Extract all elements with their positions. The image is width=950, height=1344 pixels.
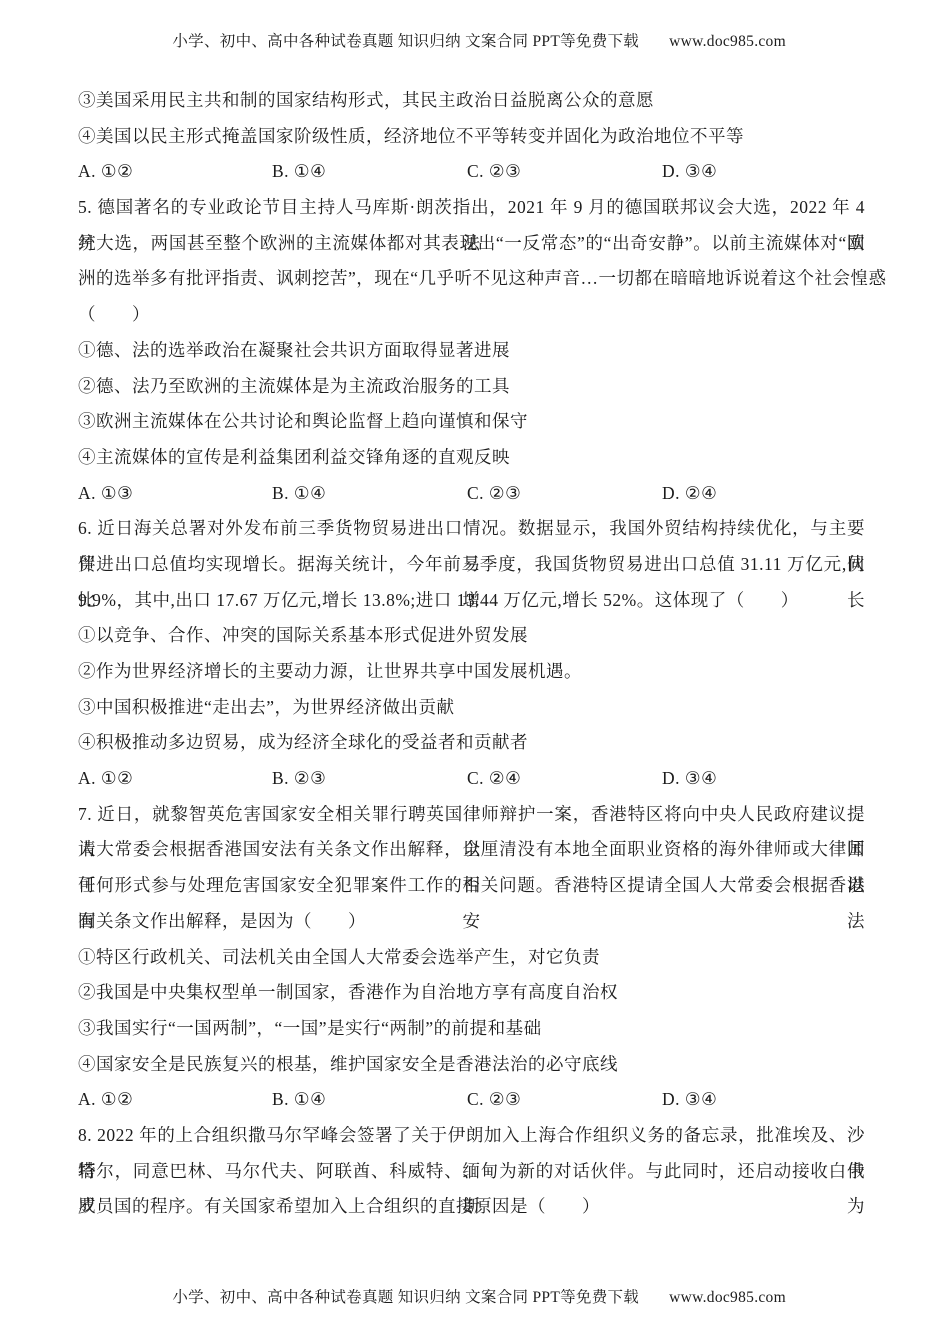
question-5-stem-line-2: 统大选，两国甚至整个欧洲的主流媒体都对其表现出“一反常态”的“出奇安静”。以前主…: [78, 226, 865, 262]
option-a: A. ①②: [78, 761, 272, 797]
question-7-stem-line-1: 7. 近日，就黎智英危害国家安全相关罪行聘英国律师辩护一案，香港特区将向中央人民…: [78, 797, 865, 833]
option-a: A. ①②: [78, 154, 272, 190]
statement-4-q7: ④国家安全是民族复兴的根基，维护国家安全是香港法治的必守底线: [78, 1047, 865, 1083]
option-d: D. ③④: [662, 154, 865, 190]
option-b: B. ①④: [272, 476, 467, 512]
footer-promo-text: 小学、初中、高中各种试卷真题 知识归纳 文案合同 PPT等免费下载: [172, 1289, 639, 1306]
question-8-stem-line-1: 8. 2022 年的上合组织撒马尔罕峰会签署了关于伊朗加入上海合作组织义务的备忘…: [78, 1118, 865, 1154]
option-c: C. ②③: [467, 154, 662, 190]
option-c: C. ②④: [467, 761, 662, 797]
page-footer: 小学、初中、高中各种试卷真题 知识归纳 文案合同 PPT等免费下载www.doc…: [0, 1267, 950, 1307]
statement-4-q4: ④美国以民主形式掩盖国家阶级性质，经济地位不平等转变并固化为政治地位不平等: [78, 119, 865, 155]
question-5-stem-line-3: 洲的选举多有批评指责、讽刺挖苦”，现在“几乎听不见这种声音…一切都在暗暗地诉说着…: [78, 261, 865, 297]
statement-2-q5: ②德、法乃至欧洲的主流媒体是为主流政治服务的工具: [78, 369, 865, 405]
statement-3-q6: ③中国积极推进“走出去”，为世界经济做出贡献: [78, 690, 865, 726]
question-6-stem-line-3: 9.9%，其中,出口 17.67 万亿元,增长 13.8%;进口 13.44 万…: [78, 583, 865, 619]
option-b: B. ①④: [272, 1082, 467, 1118]
option-d: D. ③④: [662, 761, 865, 797]
statement-1-q6: ①以竞争、合作、冲突的国际关系基本形式促进外贸发展: [78, 618, 865, 654]
statement-3-q5: ③欧洲主流媒体在公共讨论和舆论监督上趋向谨慎和保守: [78, 404, 865, 440]
statement-4-q6: ④积极推动多边贸易，成为经济全球化的受益者和贡献者: [78, 725, 865, 761]
option-a: A. ①②: [78, 1082, 272, 1118]
statement-4-q5: ④主流媒体的宣传是利益集团利益交锋角逐的直观反映: [78, 440, 865, 476]
answer-options-row-q4: A. ①② B. ①④ C. ②③ D. ③④: [78, 154, 865, 190]
answer-options-row-q6: A. ①② B. ②③ C. ②④ D. ③④: [78, 761, 865, 797]
statement-2-q7: ②我国是中央集权型单一制国家，香港作为自治地方享有高度自治权: [78, 975, 865, 1011]
option-d: D. ③④: [662, 1082, 865, 1118]
question-6-stem-line-2: 伴进出口总值均实现增长。据海关统计，今年前三季度，我国货物贸易进出口总值 31.…: [78, 547, 865, 583]
question-5-stem-line-1: 5. 德国著名的专业政论节目主持人马库斯·朗茨指出，2021 年 9 月的德国联…: [78, 190, 865, 226]
question-6-stem-line-1: 6. 近日海关总署对外发布前三季货物贸易进出口情况。数据显示，我国外贸结构持续优…: [78, 511, 865, 547]
question-5-blank-brackets: （ ）: [78, 297, 865, 333]
answer-options-row-q5: A. ①③ B. ①④ C. ②③ D. ②④: [78, 476, 865, 512]
statement-3-q4: ③美国采用民主共和制的国家结构形式，其民主政治日益脱离公众的意愿: [78, 83, 865, 119]
exam-page-body: ③美国采用民主共和制的国家结构形式，其民主政治日益脱离公众的意愿 ④美国以民主形…: [78, 83, 865, 1225]
option-b: B. ①④: [272, 154, 467, 190]
answer-options-row-q7: A. ①② B. ①④ C. ②③ D. ③④: [78, 1082, 865, 1118]
option-d: D. ②④: [662, 476, 865, 512]
statement-1-q5: ①德、法的选举政治在凝聚社会共识方面取得显著进展: [78, 333, 865, 369]
option-a: A. ①③: [78, 476, 272, 512]
question-8-stem-line-2: 塔尔，同意巴林、马尔代夫、阿联酋、科威特、缅甸为新的对话伙伴。与此同时，还启动接…: [78, 1154, 865, 1190]
footer-site-url: www.doc985.com: [669, 1289, 786, 1306]
option-c: C. ②③: [467, 1082, 662, 1118]
option-c: C. ②③: [467, 476, 662, 512]
header-promo-text: 小学、初中、高中各种试卷真题 知识归纳 文案合同 PPT等免费下载: [172, 33, 639, 50]
page-header: 小学、初中、高中各种试卷真题 知识归纳 文案合同 PPT等免费下载www.doc…: [0, 11, 950, 51]
statement-1-q7: ①特区行政机关、司法机关由全国人大常委会选举产生，对它负责: [78, 940, 865, 976]
question-7-stem-line-3: 任何形式参与处理危害国家安全犯罪案件工作的相关问题。香港特区提请全国人大常委会根…: [78, 868, 865, 904]
header-site-url: www.doc985.com: [669, 33, 786, 50]
question-7-stem-line-2: 人大常委会根据香港国安法有关条文作出解释，以厘清没有本地全面职业资格的海外律师或…: [78, 832, 865, 868]
statement-2-q6: ②作为世界经济增长的主要动力源，让世界共享中国发展机遇。: [78, 654, 865, 690]
option-b: B. ②③: [272, 761, 467, 797]
statement-3-q7: ③我国实行“一国两制”，“一国”是实行“两制”的前提和基础: [78, 1011, 865, 1047]
